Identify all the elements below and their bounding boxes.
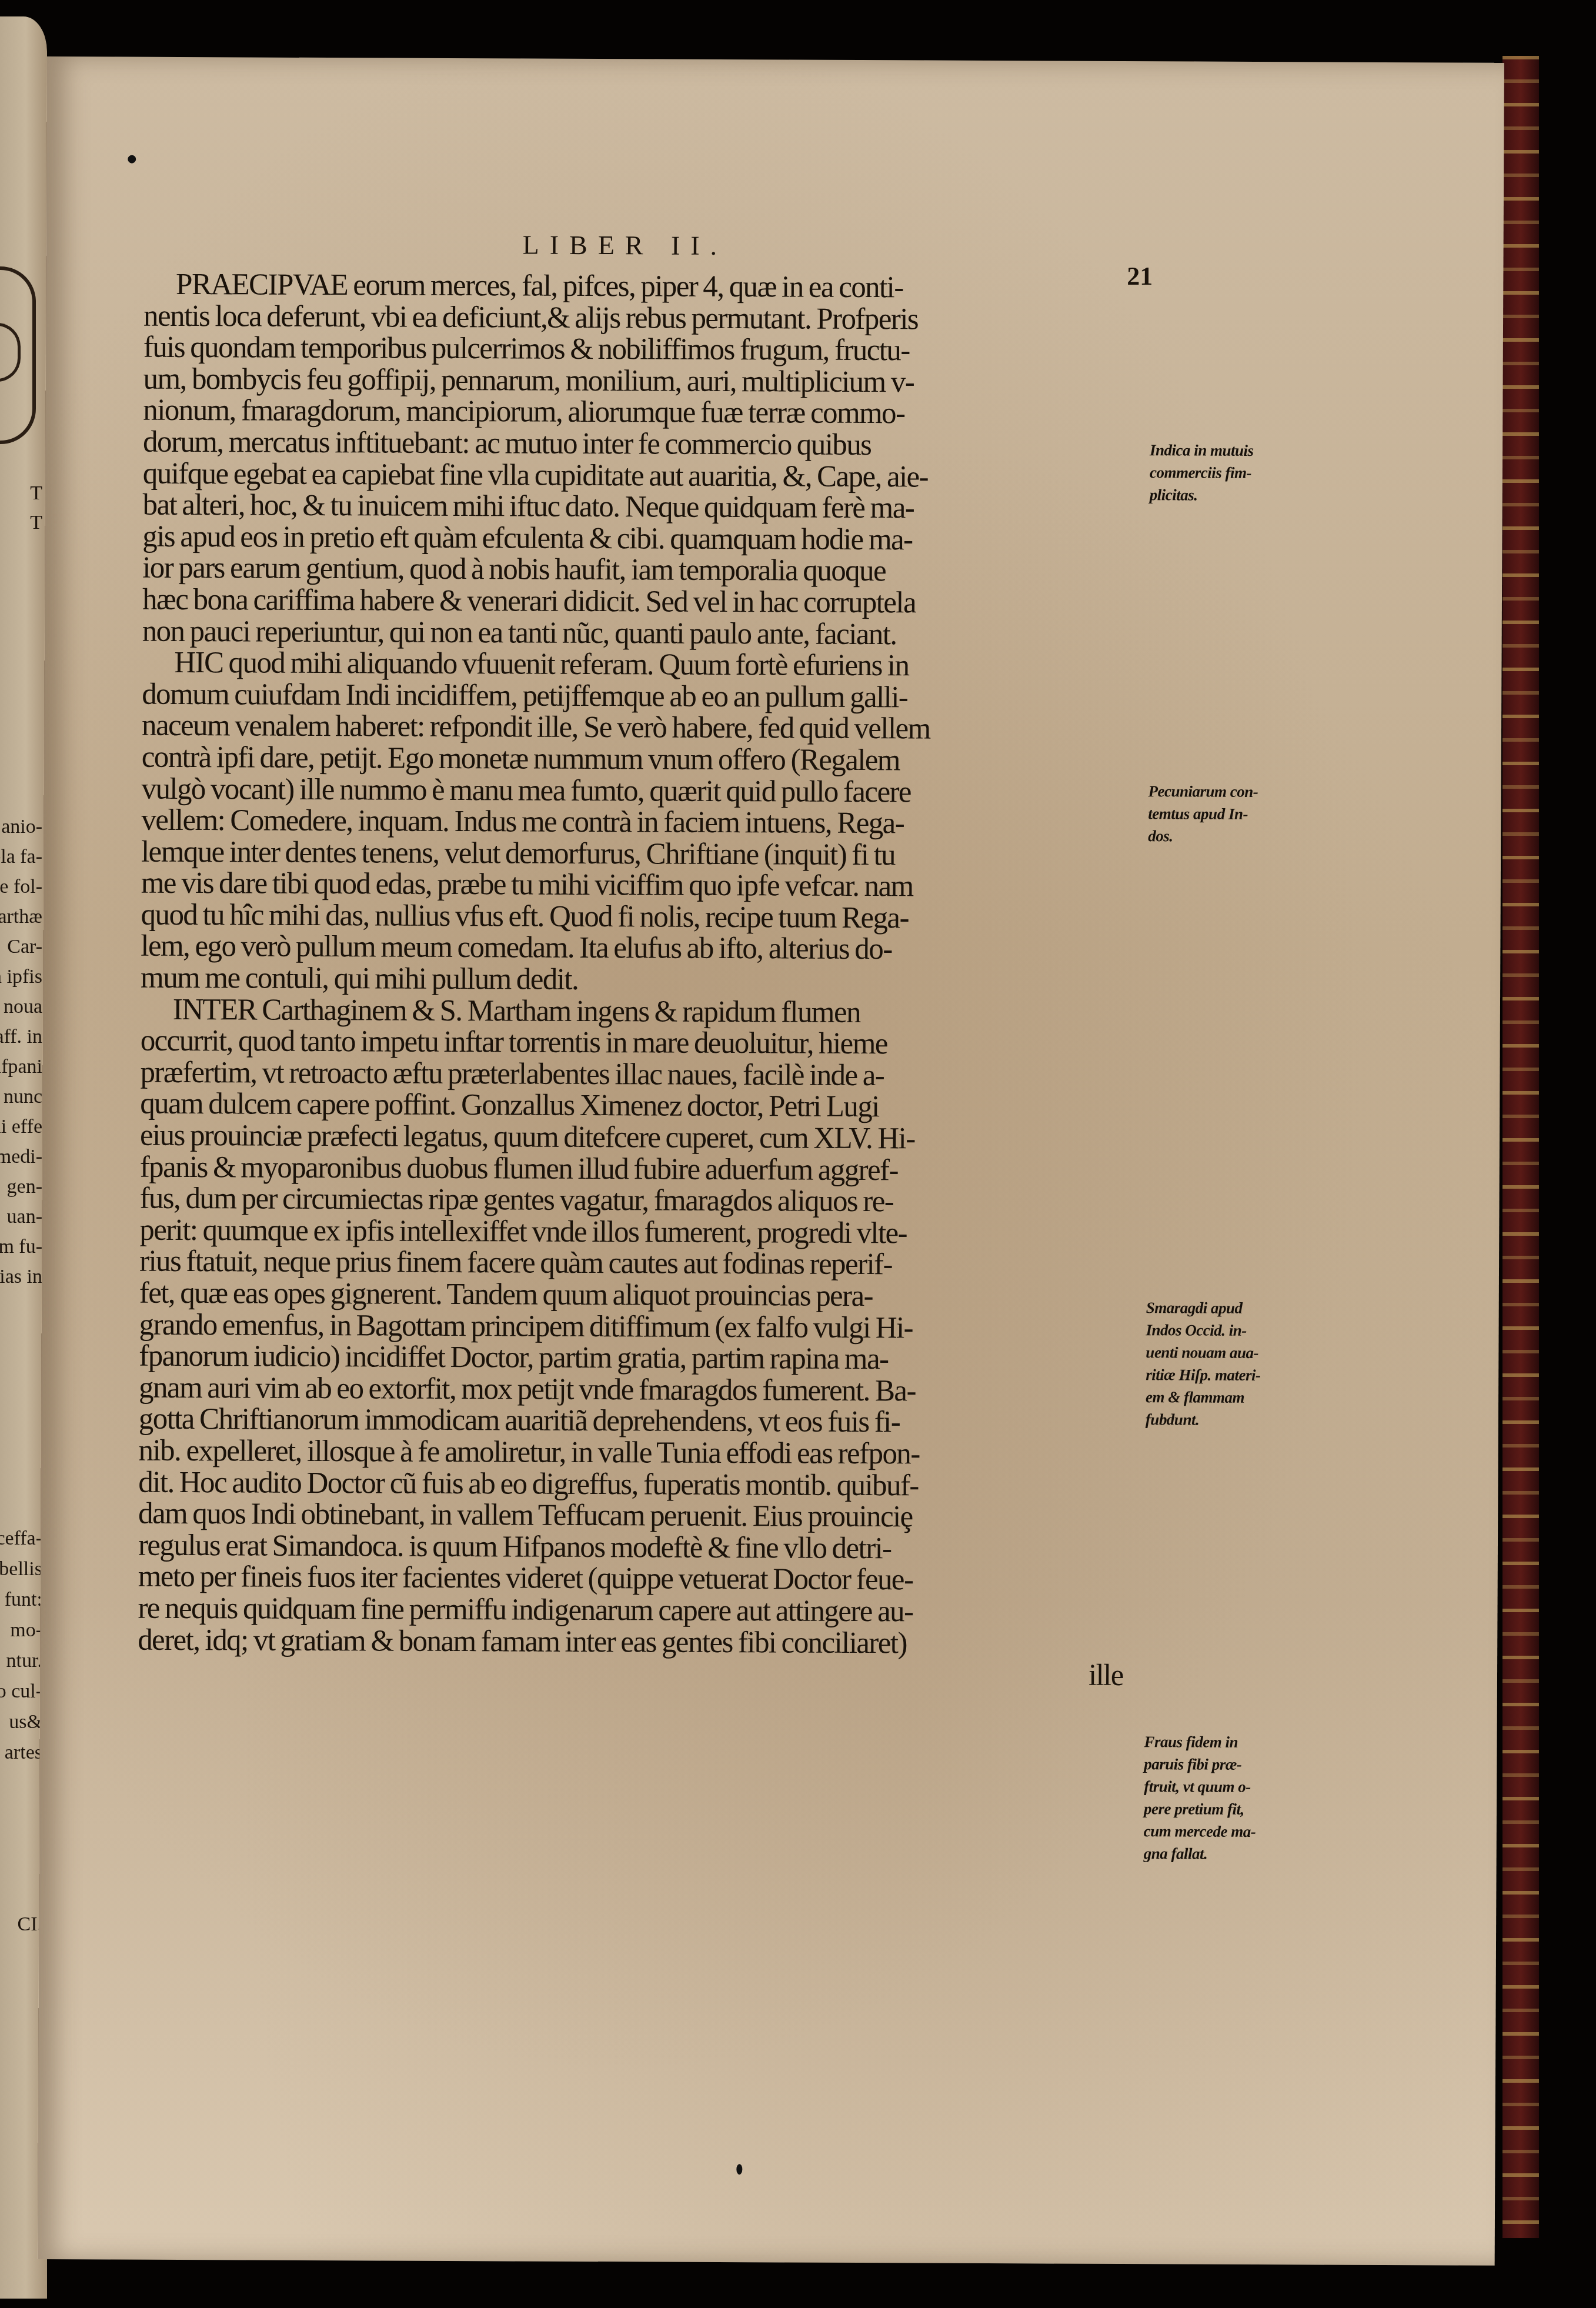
facing-fragment: li effe: [0, 1112, 42, 1142]
facing-fragment: ifpani: [0, 1052, 42, 1082]
margin-note-line: paruis fibi præ-: [1144, 1753, 1256, 1776]
facing-text-fragments-lower: ceffa-bellisfunt:mo-ntur.o cul-us&artes: [0, 1523, 42, 1768]
text-line: deret, idq; vt gratiam & bonam famam int…: [138, 1624, 1169, 1660]
facing-fragment: m fu-: [0, 1232, 42, 1262]
margin-note: Smaragdi apudIndos Occid. in-uenti nouam…: [1146, 1296, 1261, 1431]
margin-note-line: dos.: [1148, 825, 1258, 848]
facing-fragment: artes: [0, 1737, 42, 1768]
facing-fragment: nunc: [0, 1082, 42, 1112]
book-binding-edge: [1502, 56, 1539, 2238]
margin-note-line: Indica in mutuis: [1150, 439, 1254, 462]
margin-note: Pecuniarum con-temtus apud In-dos.: [1148, 780, 1258, 848]
margin-note-line: ftruit, vt quum o-: [1144, 1775, 1256, 1798]
margin-note-line: Smaragdi apud: [1146, 1296, 1261, 1319]
facing-fragment: funt:: [0, 1585, 42, 1615]
facing-fragment: ntur.: [0, 1646, 42, 1676]
margin-note-line: cum mercede ma-: [1144, 1820, 1256, 1843]
facing-fragment: noua: [0, 992, 42, 1022]
woodcut-ornament-icon: [0, 266, 36, 444]
facing-fragment: ias in: [0, 1262, 42, 1292]
margin-note-line: Indos Occid. in-: [1146, 1319, 1260, 1342]
ink-spot: [736, 2164, 742, 2174]
margin-note-line: em & flammam: [1146, 1386, 1260, 1409]
margin-note-line: gna fallat.: [1144, 1842, 1256, 1865]
facing-fragment: medi-: [0, 1142, 42, 1172]
margin-notes: Indica in mutuiscommerciis fim-plicitas.…: [47, 56, 1504, 63]
margin-note-line: ritiæ Hiſp. materi-: [1146, 1363, 1260, 1386]
margin-note: Indica in mutuiscommerciis fim-plicitas.: [1150, 439, 1254, 506]
facing-fragment: T: [30, 478, 42, 509]
facing-fragment: pe fol-: [0, 872, 42, 902]
margin-note-line: plicitas.: [1150, 483, 1254, 506]
margin-note-line: commerciis fim-: [1150, 461, 1254, 484]
book-page: LIBER II. 21 PRAECIPVAE eorum merces, fa…: [38, 56, 1504, 2266]
margin-note-line: uenti nouam aua-: [1146, 1341, 1260, 1364]
facing-fragment: n ipfis: [0, 962, 42, 992]
main-text-block: PRAECIPVAE eorum merces, fal, pifces, pi…: [138, 269, 1197, 1692]
margin-note-line: Pecuniarum con-: [1148, 780, 1258, 803]
margin-note-line: temtus apud In-: [1148, 802, 1258, 825]
facing-text-fragments: anio-ela fa-pe fol-arthæCar-n ipfisnouaa…: [0, 812, 42, 1292]
facing-fragment: gen-: [0, 1172, 42, 1202]
margin-note-line: pere pretium fit,: [1144, 1797, 1256, 1820]
facing-fragment: T: [30, 508, 42, 538]
facing-fragment: anio-: [0, 812, 42, 842]
facing-fragment: mo-: [0, 1615, 42, 1646]
facing-fragment: ceffa-: [0, 1523, 42, 1554]
margin-note: Fraus fidem inparuis fibi præ-ftruit, vt…: [1144, 1730, 1256, 1865]
ink-spot: [128, 155, 136, 164]
margin-note-line: fubdunt.: [1146, 1408, 1260, 1431]
catchword: ille: [138, 1656, 1169, 1692]
facing-fragment: bellis: [0, 1554, 42, 1585]
facing-fragment: us&: [0, 1707, 42, 1737]
facing-fragment: o cul-: [0, 1676, 42, 1707]
facing-fragment: ela fa-: [0, 842, 42, 872]
margin-note-line: Fraus fidem in: [1144, 1730, 1256, 1753]
running-head: LIBER II.: [522, 229, 727, 262]
facing-fragment: uan-: [0, 1202, 42, 1232]
facing-fragment: aff. in: [0, 1022, 42, 1052]
facing-fragment: Car-: [0, 932, 42, 962]
facing-fragment: arthæ: [0, 902, 42, 932]
